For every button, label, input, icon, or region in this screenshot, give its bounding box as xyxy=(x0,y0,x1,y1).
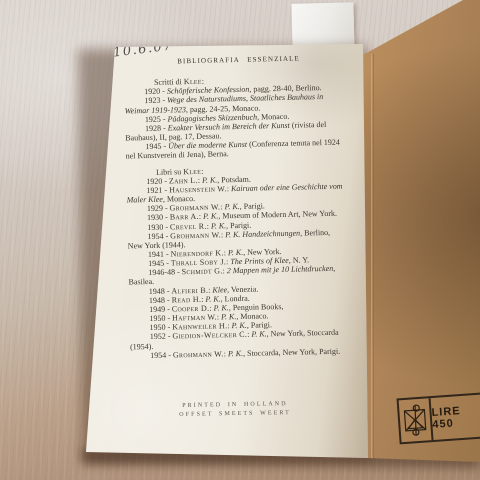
entry-year: 1928 xyxy=(145,124,161,133)
entry-author: Hausenstein W. xyxy=(169,184,227,194)
entry-work-title: Klee xyxy=(212,285,227,294)
entry-author: Grohmann W. xyxy=(173,349,224,359)
entry-author: Schmidt G. xyxy=(182,267,223,277)
entry-author: Giedion-Welcker C. xyxy=(172,330,247,341)
entry-year: 1946-48 xyxy=(148,268,175,278)
entry-year: 1923 xyxy=(144,96,160,105)
entry-author: Grohmann W. xyxy=(170,230,221,240)
entry-year: 1954 xyxy=(147,231,163,240)
entry-year: 1941 xyxy=(148,250,164,259)
price-box: LIRE 450 xyxy=(397,392,480,445)
entry-work-title: Exakter Versuch im Bereich der Kunst xyxy=(168,121,290,133)
entry-year: 1952 xyxy=(150,332,166,341)
entry-year: 1920 xyxy=(144,87,160,96)
entry-year: 1950 xyxy=(149,314,165,323)
entry-work-title: P. K. xyxy=(221,312,236,321)
entry-year: 1920 xyxy=(146,176,162,185)
entry-year: 1954 xyxy=(150,350,166,359)
bibliography-entry: 1945 - Über die moderne Kunst (Conferenz… xyxy=(125,138,343,161)
entry-year: 1949 xyxy=(149,305,165,314)
entry-work-title: P. K. xyxy=(203,212,218,221)
publisher-printer-mark-icon xyxy=(402,403,428,437)
bibliography-sections: Scritti di Klee:1920 - Schöpferische Kon… xyxy=(124,74,348,361)
entry-author: Zahn L. xyxy=(169,176,198,186)
entry-year: 1945 xyxy=(145,142,161,151)
entry-publication-info: , N. Y. xyxy=(289,256,309,265)
entry-year: 1929 xyxy=(147,204,163,213)
entry-work-title: P. K. xyxy=(213,303,228,312)
entry-publication-info: , Parigi. xyxy=(226,220,251,230)
entry-year: 1921 xyxy=(146,186,162,195)
entry-year: 1948 xyxy=(149,295,165,304)
entry-publication-info: , Parigi. xyxy=(247,320,272,330)
entry-year: 1925 xyxy=(145,114,161,123)
page-text-block: BIBLIOGRAFIA ESSENZIALE Scritti di Klee:… xyxy=(123,54,348,361)
entry-work-title: 2 Mappen mit je 10 Lichtdrucken xyxy=(227,264,334,275)
entry-work-title: P. K. xyxy=(232,321,247,330)
cover-fold-crease xyxy=(371,54,374,460)
entry-work-title: P. K. Handzeichnungen xyxy=(225,228,300,239)
entry-publication-info: , Penguin Books, xyxy=(229,302,284,312)
entry-work-title: P. K. xyxy=(224,202,239,211)
entry-publication-info: , Venezia. xyxy=(227,284,258,294)
entry-work-title: P. K. xyxy=(205,294,220,303)
entry-work-title: P. K. xyxy=(228,349,243,358)
entry-year: 1930 xyxy=(147,222,163,231)
entry-work-title: P. K. xyxy=(251,330,266,339)
entry-work-title: P. K. xyxy=(228,248,243,257)
entry-publication-info: , Londra. xyxy=(221,293,250,303)
bibliography-section: Libri su Klee:1920 - Zahn L.: P. K., Pot… xyxy=(126,163,348,360)
entry-year: 1950 xyxy=(150,323,166,332)
photo-of-open-book: LIRE 450 10.6.07 BIBLIOGRAFIA ESSENZIALE… xyxy=(0,0,480,480)
bookmark-slip xyxy=(291,2,354,50)
entry-year: 1930 xyxy=(147,213,163,222)
price-label: LIRE 450 xyxy=(431,394,480,440)
publisher-mark-cell xyxy=(399,398,434,442)
entry-author: Barr A. xyxy=(170,212,199,222)
entry-publication-info: , Parigi. xyxy=(240,202,265,212)
entry-author: Read H. xyxy=(172,295,202,305)
entry-year: 1948 xyxy=(149,286,165,295)
entry-year: 1945 xyxy=(148,259,164,268)
entry-work-title: P. K. xyxy=(211,221,226,230)
bibliography-section: Scritti di Klee:1920 - Schöpferische Kon… xyxy=(124,74,344,161)
entry-author: Alfieri B. xyxy=(171,285,208,295)
entry-work-title: P. K. xyxy=(202,175,217,184)
